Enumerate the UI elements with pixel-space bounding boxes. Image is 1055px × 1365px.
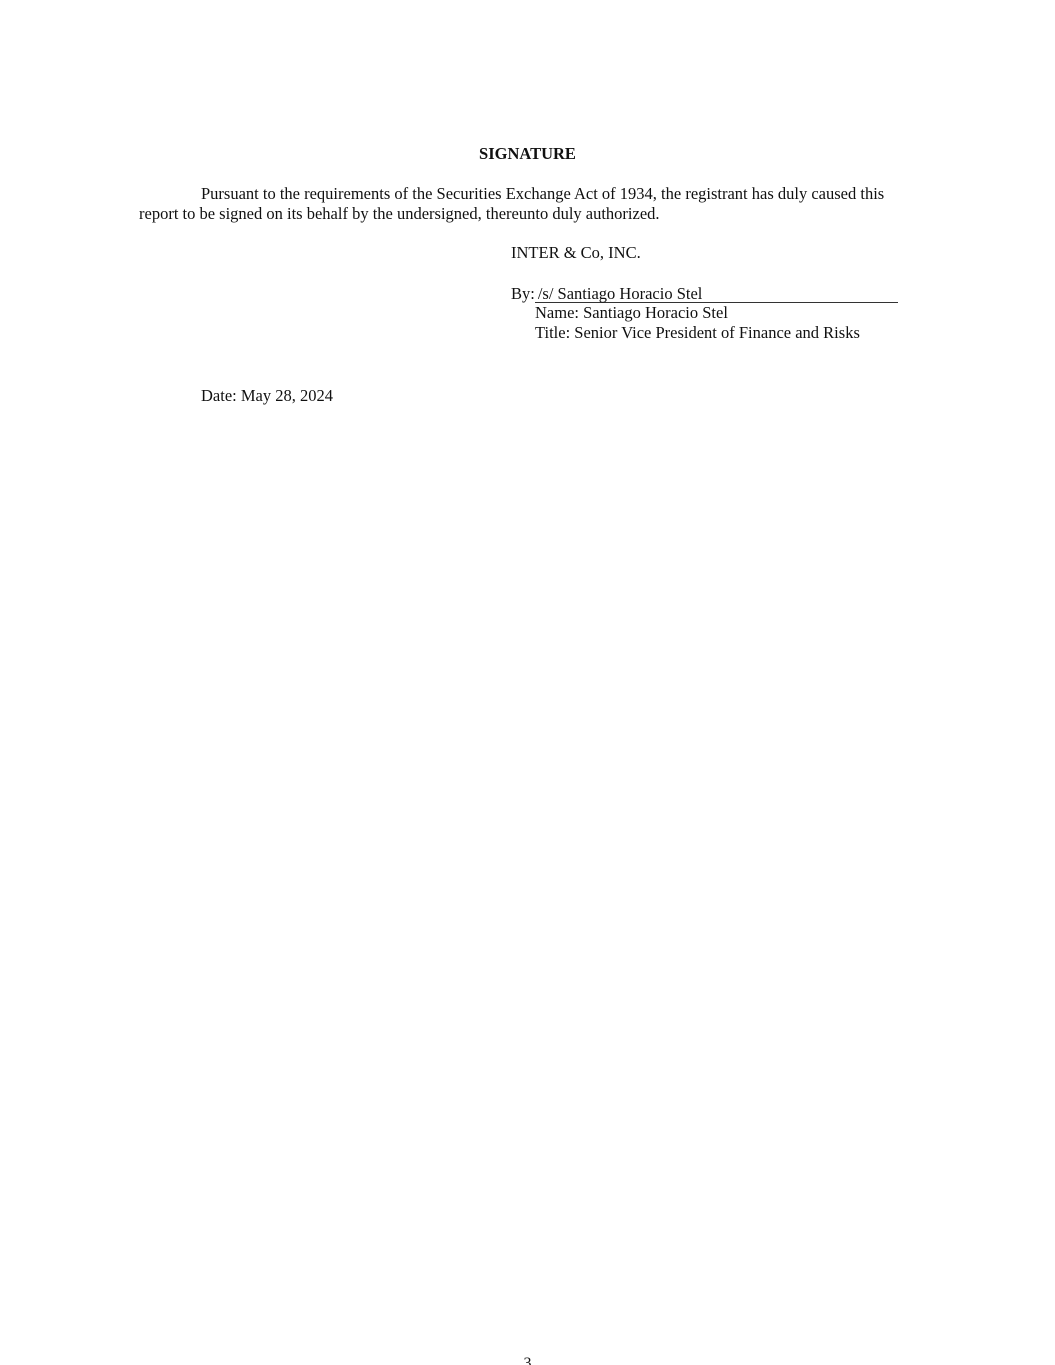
signature-line: By:/s/ Santiago Horacio Stel [511, 284, 898, 304]
company-name: INTER & Co, INC. [511, 243, 641, 263]
page-number: 3 [0, 1355, 1055, 1365]
signature-value: /s/ Santiago Horacio Stel [535, 286, 898, 303]
body-paragraph-line-1: Pursuant to the requirements of the Secu… [201, 184, 884, 204]
body-paragraph-line-2: report to be signed on its behalf by the… [139, 204, 660, 224]
page-title: SIGNATURE [0, 144, 1055, 164]
signer-title: Title: Senior Vice President of Finance … [535, 323, 860, 343]
by-label: By: [511, 284, 535, 303]
signer-name: Name: Santiago Horacio Stel [535, 303, 728, 323]
signature-date: Date: May 28, 2024 [201, 386, 333, 406]
